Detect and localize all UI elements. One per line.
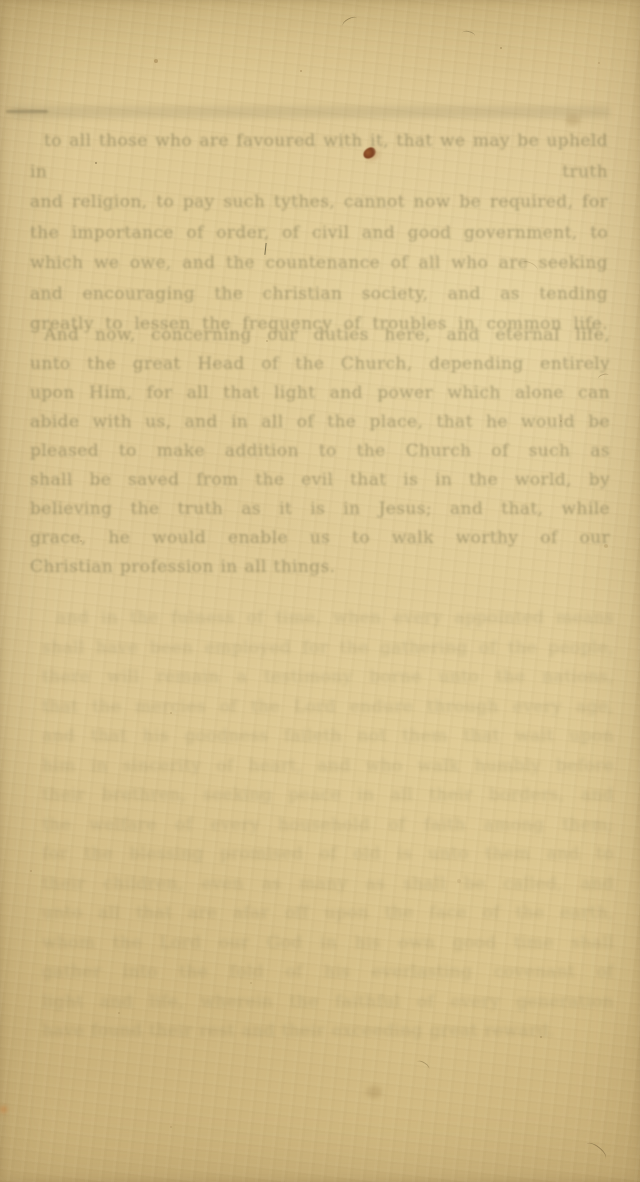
bleed-line: whom the Lord our God in his own good ti… (42, 929, 614, 959)
bleed-line: to all those who are favoured with it, t… (30, 126, 608, 187)
paper-specks (0, 0, 2, 2)
bleed-line: And now, concerning our duties here, and… (30, 321, 610, 350)
bleed-line: light and life, wherein the faithful of … (42, 988, 614, 1018)
ghost-margin-dash (6, 110, 48, 113)
paper-fiber (415, 1059, 431, 1072)
bleed-line: their brethren, seeking peace in all the… (42, 781, 614, 811)
bleed-line: have found their rest and their exceedin… (42, 1017, 614, 1047)
paper-fiber (583, 1140, 609, 1163)
bleed-line: gather into the fold of his everlasting … (42, 958, 614, 988)
bleed-line: pleased to make addition to the Church o… (30, 437, 610, 466)
bleed-line: and in the fulness of time, when every a… (42, 604, 614, 634)
bleed-line: upon Him, for all that light and power w… (30, 379, 610, 408)
bleed-through-paragraph-2: And now, concerning our duties here, and… (30, 321, 610, 582)
bleed-line: shall be saved from the evil that is in … (30, 466, 610, 495)
bleed-through-paragraph-1: to all those who are favoured with it, t… (30, 126, 608, 340)
bleed-line: there will remain a testimony borne unto… (42, 663, 614, 693)
bleed-line: shall have been employed for the gatheri… (42, 634, 614, 664)
paper-smudge (566, 114, 580, 126)
bleed-through-faint-block: and in the fulness of time, when every a… (42, 604, 614, 1047)
bleed-line: unto all that are afar off upon the face… (42, 899, 614, 929)
bleed-line: Christian profession in all things. (30, 553, 610, 582)
bleed-line: unto the great Head of the Church, depen… (30, 350, 610, 379)
paper-fiber (461, 30, 475, 40)
bleed-line: believing the truth as it is in Jesus; a… (30, 495, 610, 524)
bleed-line: for the blessing promised of old is unto… (42, 840, 614, 870)
paper-smudge (366, 1086, 382, 1098)
edge-stain (0, 1106, 7, 1113)
bleed-line: their children, even as many as shall be… (42, 870, 614, 900)
bleed-line: abide with us, and in all of the place, … (30, 408, 610, 437)
bleed-line: the welfare of every household of faith … (42, 811, 614, 841)
bleed-line: and that his goodness faileth not them t… (42, 722, 614, 752)
bleed-line: him in sincerity of heart, and who walk … (42, 752, 614, 782)
ghost-running-head-band (10, 106, 610, 118)
bleed-line: grace, he would enable us to walk worthy… (30, 524, 610, 553)
bleed-line: and religion, to pay such tythes, cannot… (30, 187, 608, 218)
bleed-line: that the mercies of the Lord endure thro… (42, 693, 614, 723)
bleed-line: the importance of order, of civil and go… (30, 218, 608, 249)
paper-fiber (341, 15, 359, 30)
bleed-line: and encouraging the christian society, a… (30, 279, 608, 310)
book-page-scan: to all those who are favoured with it, t… (0, 0, 640, 1182)
